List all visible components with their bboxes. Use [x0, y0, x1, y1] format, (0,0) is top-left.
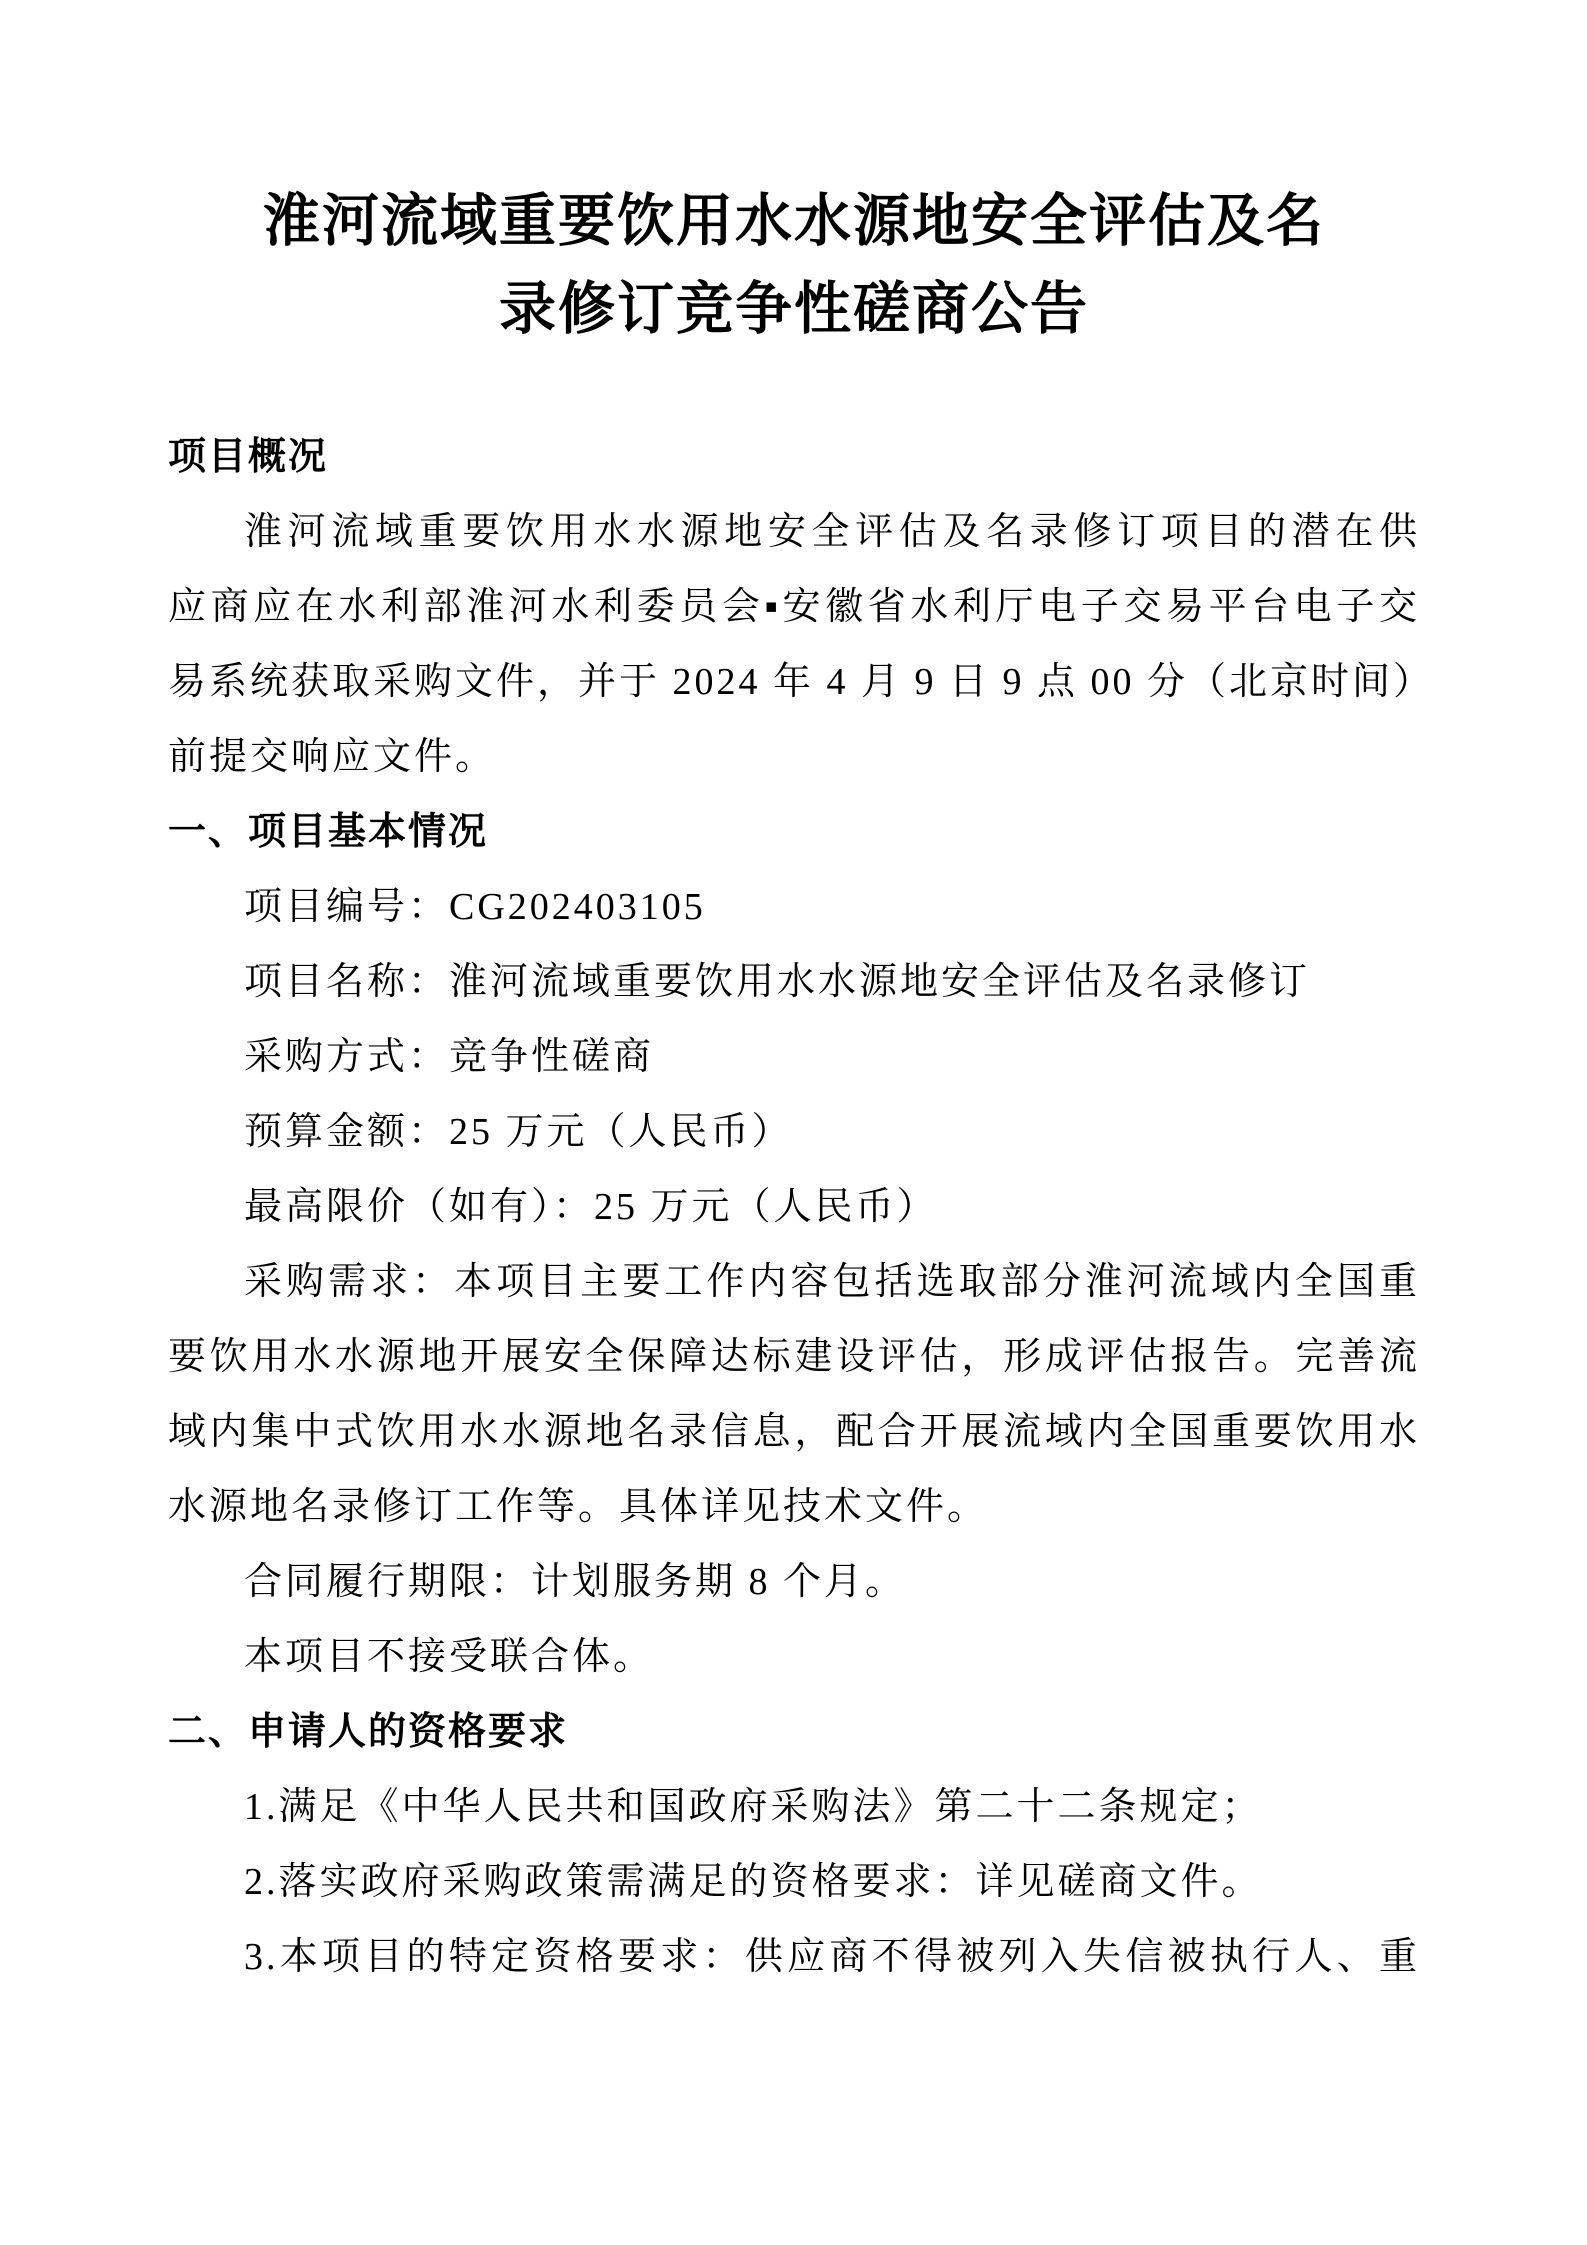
procurement-method-line: 采购方式：竞争性磋商 — [168, 1020, 1420, 1095]
document-page: 淮河流域重要饮用水水源地安全评估及名 录修订竞争性磋商公告 项目概况 淮河流域重… — [0, 0, 1587, 2245]
qualification-item-3: 3.本项目的特定资格要求：供应商不得被列入失信被执行人、重 — [168, 1920, 1420, 1995]
overview-paragraph-line: 前提交响应文件。 — [168, 720, 1420, 795]
procurement-demand-line: 要饮用水水源地开展安全保障达标建设评估，形成评估报告。完善流 — [168, 1320, 1420, 1395]
procurement-demand-line: 域内集中式饮用水水源地名录信息，配合开展流域内全国重要饮用水 — [168, 1395, 1420, 1470]
max-price-line: 最高限价（如有）：25 万元（人民币） — [168, 1170, 1420, 1245]
overview-paragraph-line: 淮河流域重要饮用水水源地安全评估及名录修订项目的潜在供 — [168, 495, 1420, 570]
contract-period-line: 合同履行期限：计划服务期 8 个月。 — [168, 1545, 1420, 1620]
section-basic-heading: 一、项目基本情况 — [168, 795, 1420, 870]
consortium-note-line: 本项目不接受联合体。 — [168, 1620, 1420, 1695]
overview-heading: 项目概况 — [168, 420, 1420, 495]
qualification-item-1: 1.满足《中华人民共和国政府采购法》第二十二条规定； — [168, 1770, 1420, 1845]
project-name-line: 项目名称：淮河流域重要饮用水水源地安全评估及名录修订 — [168, 945, 1420, 1020]
overview-paragraph-line: 应商应在水利部淮河水利委员会▪安徽省水利厅电子交易平台电子交 — [168, 570, 1420, 645]
budget-amount-line: 预算金额：25 万元（人民币） — [168, 1095, 1420, 1170]
section-qualification-heading: 二、申请人的资格要求 — [168, 1695, 1420, 1770]
document-title-line-2: 录修订竞争性磋商公告 — [168, 266, 1420, 354]
section-basic-body: 项目编号：CG202403105 项目名称：淮河流域重要饮用水水源地安全评估及名… — [168, 870, 1420, 1695]
project-number-line: 项目编号：CG202403105 — [168, 870, 1420, 945]
procurement-demand-line: 采购需求：本项目主要工作内容包括选取部分淮河流域内全国重 — [168, 1245, 1420, 1320]
overview-paragraph-line: 易系统获取采购文件，并于 2024 年 4 月 9 日 9 点 00 分（北京时… — [168, 645, 1420, 720]
document-title-line-1: 淮河流域重要饮用水水源地安全评估及名 — [168, 178, 1420, 266]
section-qualification-body: 1.满足《中华人民共和国政府采购法》第二十二条规定； 2.落实政府采购政策需满足… — [168, 1770, 1420, 1995]
overview-paragraph: 淮河流域重要饮用水水源地安全评估及名录修订项目的潜在供 应商应在水利部淮河水利委… — [168, 495, 1420, 795]
procurement-demand-paragraph: 采购需求：本项目主要工作内容包括选取部分淮河流域内全国重 要饮用水水源地开展安全… — [168, 1245, 1420, 1545]
qualification-item-2: 2.落实政府采购政策需满足的资格要求：详见磋商文件。 — [168, 1845, 1420, 1920]
procurement-demand-line: 水源地名录修订工作等。具体详见技术文件。 — [168, 1470, 1420, 1545]
document-title: 淮河流域重要饮用水水源地安全评估及名 录修订竞争性磋商公告 — [168, 178, 1420, 354]
